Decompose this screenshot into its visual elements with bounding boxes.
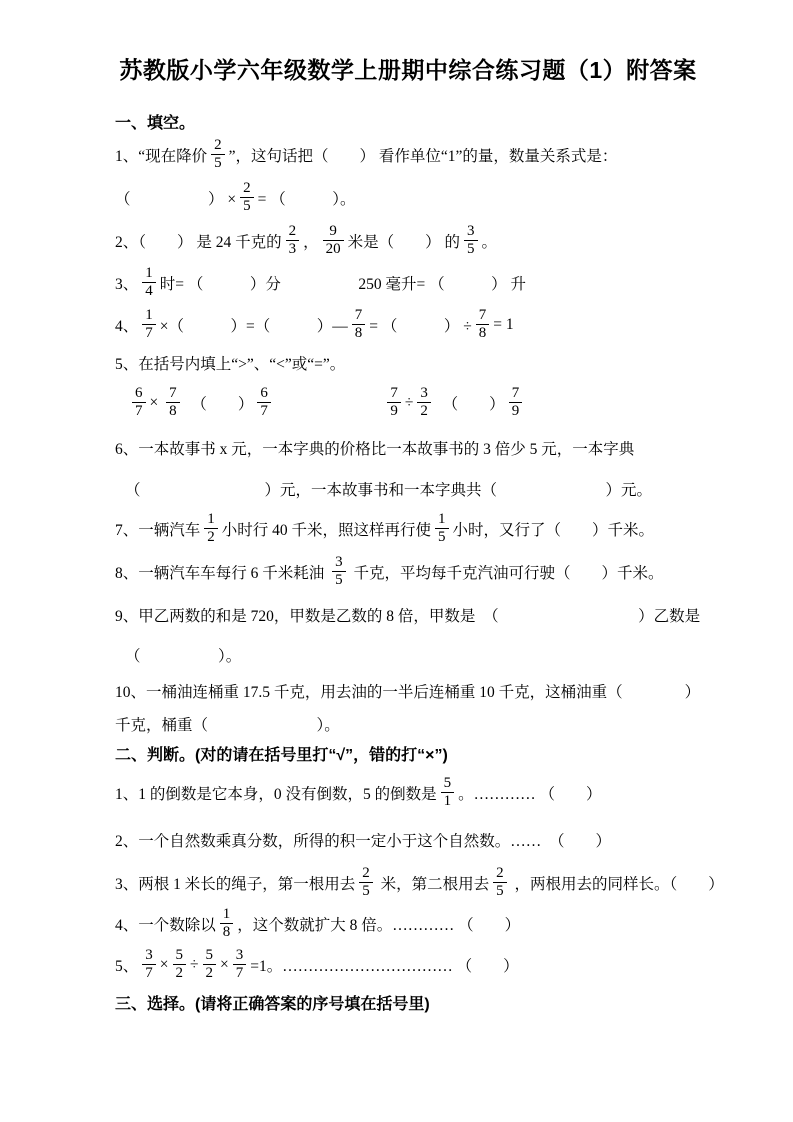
fraction-numerator: 3	[142, 947, 156, 965]
fraction: 79	[509, 385, 523, 421]
fill-question-5: 5、在括号内填上“>”、“<”或“=”。	[115, 346, 701, 380]
fraction-numerator: 1	[204, 511, 218, 529]
fraction-denominator: 8	[220, 924, 234, 941]
fill-question-2: 2、（ ） 是 24 千克的23，920米是（ ） 的35。	[115, 220, 701, 262]
judge-question-1: 1、1 的倒数是它本身，0 没有倒数，5 的倒数是51。………… （ ）	[115, 768, 701, 818]
text-run: （ ）	[184, 392, 254, 414]
text-run: 千克，桶重（ ）。	[115, 713, 340, 735]
fill-question-7: 7、一辆汽车12小时行 40 千米，照这样再行使15小时，又行了（ ）千米。	[115, 508, 701, 550]
fraction-numerator: 5	[173, 947, 187, 965]
fraction-denominator: 1	[441, 793, 455, 810]
fraction: 37	[142, 947, 156, 983]
fill-question-1-formula: （ ） ×25= （ ）。	[115, 176, 701, 220]
fill-question-1: 1、“现在降价25”，这句话把（ ） 看作单位“1”的量，数量关系式是：	[115, 134, 701, 176]
text-run: 5、	[115, 954, 138, 976]
text-run: ”，这句话把（ ） 看作单位“1”的量，数量关系式是：	[229, 144, 618, 166]
fraction: 79	[387, 385, 401, 421]
fraction-denominator: 4	[142, 283, 156, 300]
text-run: ，这个数就扩大 8 倍。………… （ ）	[237, 913, 520, 935]
fraction: 78	[352, 307, 366, 343]
fraction-denominator: 8	[352, 325, 366, 342]
text-run: 小时行 40 千米，照这样再行使	[222, 518, 431, 540]
fill-question-5-comparisons: 67× 78 （ ）67 79÷32 （ ）79	[115, 380, 701, 426]
fraction-denominator: 2	[417, 403, 431, 420]
fraction-numerator: 9	[323, 223, 344, 241]
text-run: 1、“现在降价	[115, 144, 207, 166]
fraction: 52	[203, 947, 217, 983]
fraction: 35	[332, 554, 346, 590]
text-run: ÷	[190, 956, 199, 974]
fraction-denominator: 7	[233, 965, 247, 982]
text-run: 小时，又行了（ ）千米。	[453, 518, 655, 540]
fill-question-8: 8、一辆汽车车每行 6 千米耗油 35 千克，平均每千克汽油可行驶（ ）千米。	[115, 550, 701, 594]
text-run: = （ ） ÷	[369, 314, 472, 336]
text-run: = （ ）。	[258, 187, 356, 209]
text-run: 8、一辆汽车车每行 6 千米耗油	[115, 561, 328, 583]
text-run: 7、一辆汽车	[115, 518, 200, 540]
text-run: 5、在括号内填上“>”、“<”或“=”。	[115, 352, 345, 374]
fraction: 17	[142, 307, 156, 343]
fraction-denominator: 3	[286, 241, 300, 258]
fraction-numerator: 2	[493, 865, 507, 883]
section-heading-choose: 三、选择。(请将正确答案的序号填在括号里)	[115, 986, 701, 1020]
text-run: ×（ ）=（ ）—	[160, 314, 348, 336]
text-run: （ ）元，一本故事书和一本字典共（ ）元。	[125, 478, 652, 500]
text-run: 2、（ ） 是 24 千克的	[115, 230, 282, 252]
fraction: 67	[257, 385, 271, 421]
fraction: 35	[464, 223, 478, 259]
text-run: 。………… （ ）	[458, 782, 601, 804]
fraction-numerator: 3	[233, 947, 247, 965]
fraction: 18	[220, 906, 234, 942]
fill-question-4: 4、17×（ ）=（ ）—78= （ ） ÷78= 1	[115, 304, 701, 346]
fraction-denominator: 7	[142, 965, 156, 982]
fraction: 23	[286, 223, 300, 259]
section-heading-judge: 二、判断。(对的请在括号里打“√”，错的打“×”)	[115, 740, 701, 768]
text-run: 9、甲乙两数的和是 720，甲数是乙数的 8 倍，甲数是 （ ）乙数是	[115, 604, 700, 626]
fraction-numerator: 1	[142, 307, 156, 325]
fraction-denominator: 2	[173, 965, 187, 982]
fraction: 25	[211, 137, 225, 173]
fraction-numerator: 2	[286, 223, 300, 241]
fill-question-6: 6、一本故事书 x 元，一本字典的价格比一本故事书的 3 倍少 5 元，一本字典	[115, 426, 701, 470]
fraction-denominator: 20	[323, 241, 344, 258]
judge-question-4: 4、一个数除以18，这个数就扩大 8 倍。………… （ ）	[115, 904, 701, 944]
fraction-numerator: 3	[417, 385, 431, 403]
text-run: 米，第二根用去	[377, 872, 489, 894]
fraction: 15	[435, 511, 449, 547]
text-run	[275, 392, 384, 414]
fraction-denominator: 5	[464, 241, 478, 258]
text-run: 。	[482, 230, 498, 252]
text-run: =1。…………………………… （ ）	[250, 954, 518, 976]
fraction: 25	[359, 865, 373, 901]
fraction: 51	[441, 775, 455, 811]
fraction-numerator: 2	[359, 865, 373, 883]
text-run: 10、一桶油连桶重 17.5 千克，用去油的一半后连桶重 10 千克，这桶油重（…	[115, 680, 700, 702]
page-title: 苏教版小学六年级数学上册期中综合练习题（1）附答案	[115, 56, 701, 86]
fill-question-9: 9、甲乙两数的和是 720，甲数是乙数的 8 倍，甲数是 （ ）乙数是	[115, 594, 701, 636]
fraction-numerator: 1	[435, 511, 449, 529]
text-run: ÷	[405, 394, 414, 412]
text-run: 6、一本故事书 x 元，一本字典的价格比一本故事书的 3 倍少 5 元，一本字典	[115, 437, 634, 459]
fraction-numerator: 7	[476, 307, 490, 325]
judge-question-3: 3、两根 1 米长的绳子，第一根用去25 米，第二根用去25 ，两根用去的同样长…	[115, 862, 701, 904]
fraction-numerator: 2	[211, 137, 225, 155]
fraction-denominator: 5	[435, 529, 449, 546]
fraction-denominator: 2	[203, 965, 217, 982]
text-run: 4、	[115, 314, 138, 336]
fraction-denominator: 2	[204, 529, 218, 546]
text-run: 3、	[115, 272, 138, 294]
text-run: 2、一个自然数乘真分数，所得的积一定小于这个自然数。…… （ ）	[115, 829, 611, 851]
text-run: ×	[220, 956, 229, 974]
fraction-numerator: 1	[220, 906, 234, 924]
text-run: （ ）。	[125, 644, 241, 666]
fraction-denominator: 5	[493, 883, 507, 900]
fraction-denominator: 5	[359, 883, 373, 900]
text-run: （ ）	[435, 392, 505, 414]
fraction-numerator: 1	[142, 265, 156, 283]
judge-question-2: 2、一个自然数乘真分数，所得的积一定小于这个自然数。…… （ ）	[115, 818, 701, 862]
fill-question-6-continued: （ ）元，一本故事书和一本字典共（ ）元。	[115, 470, 701, 508]
fill-question-10-continued: 千克，桶重（ ）。	[115, 708, 701, 740]
fraction-numerator: 5	[441, 775, 455, 793]
text-run: 3、两根 1 米长的绳子，第一根用去	[115, 872, 355, 894]
fraction-denominator: 8	[166, 403, 180, 420]
fraction-numerator: 5	[203, 947, 217, 965]
fraction: 12	[204, 511, 218, 547]
fraction: 78	[166, 385, 180, 421]
worksheet-page: 苏教版小学六年级数学上册期中综合练习题（1）附答案 一、填空。 1、“现在降价2…	[0, 0, 793, 1122]
text-run: 时= （ ）分 250 毫升= （ ） 升	[160, 272, 526, 294]
text-run: ，	[303, 230, 319, 252]
fraction: 67	[132, 385, 146, 421]
text-run: ×	[160, 956, 169, 974]
fill-question-10: 10、一桶油连桶重 17.5 千克，用去油的一半后连桶重 10 千克，这桶油重（…	[115, 674, 701, 708]
fraction: 78	[476, 307, 490, 343]
fraction-numerator: 3	[332, 554, 346, 572]
fraction-numerator: 7	[352, 307, 366, 325]
fraction-numerator: 7	[166, 385, 180, 403]
fraction: 37	[233, 947, 247, 983]
fraction-numerator: 2	[240, 180, 254, 198]
fraction-numerator: 6	[132, 385, 146, 403]
fraction-denominator: 5	[240, 198, 254, 215]
fraction-denominator: 9	[387, 403, 401, 420]
fraction: 52	[173, 947, 187, 983]
fraction-numerator: 6	[257, 385, 271, 403]
text-run: 1、1 的倒数是它本身，0 没有倒数，5 的倒数是	[115, 782, 437, 804]
fraction: 25	[493, 865, 507, 901]
text-run: 4、一个数除以	[115, 913, 216, 935]
fill-question-9-continued: （ ）。	[115, 636, 701, 674]
fraction-denominator: 5	[211, 155, 225, 172]
fraction-denominator: 7	[142, 325, 156, 342]
fill-question-3: 3、14时= （ ）分 250 毫升= （ ） 升	[115, 262, 701, 304]
fraction-denominator: 7	[132, 403, 146, 420]
text-run: ，两根用去的同样长。（ ）	[511, 872, 724, 894]
fraction-numerator: 7	[387, 385, 401, 403]
text-run: ×	[150, 394, 163, 412]
fraction-denominator: 9	[509, 403, 523, 420]
fraction: 14	[142, 265, 156, 301]
text-run: = 1	[493, 316, 513, 334]
text-run: 千克，平均每千克汽油可行驶（ ）千米。	[350, 561, 664, 583]
fraction-numerator: 3	[464, 223, 478, 241]
fraction: 25	[240, 180, 254, 216]
judge-question-5: 5、37×52÷52×37=1。…………………………… （ ）	[115, 944, 701, 986]
fraction: 920	[323, 223, 344, 259]
section-heading-fill: 一、填空。	[115, 110, 701, 134]
text-run: 米是（ ） 的	[348, 230, 460, 252]
fraction-numerator: 7	[509, 385, 523, 403]
text-run: （ ） ×	[115, 187, 236, 209]
fraction-denominator: 8	[476, 325, 490, 342]
fraction: 32	[417, 385, 431, 421]
fraction-denominator: 7	[257, 403, 271, 420]
fraction-denominator: 5	[332, 572, 346, 589]
